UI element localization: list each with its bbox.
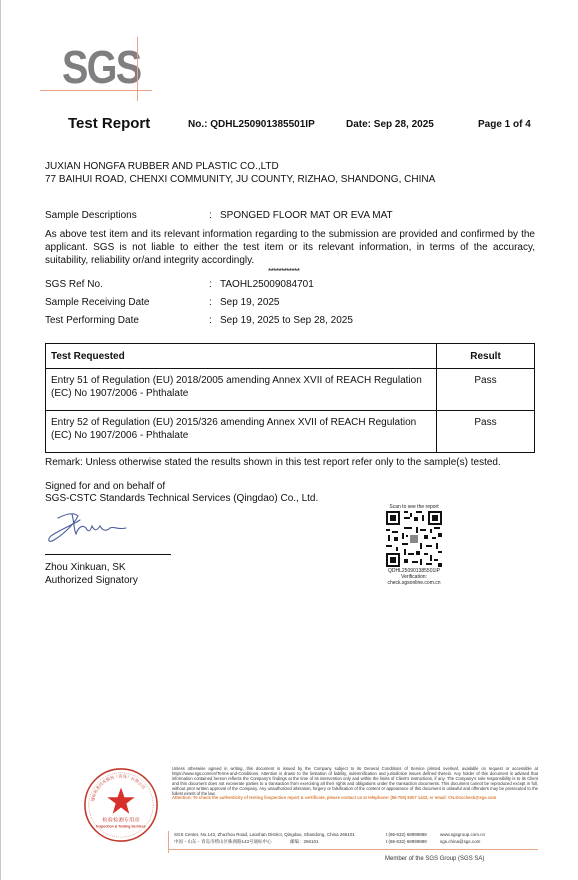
report-number: No.: QDHL250901385501IP <box>188 119 315 130</box>
report-date: Date: Sep 28, 2025 <box>346 119 434 130</box>
footer-horizontal-rule <box>168 849 538 850</box>
signature-image <box>44 508 134 548</box>
signatory-name: Zhou Xinkuan, SK <box>45 561 126 574</box>
test-requested-cell: Entry 52 of Regulation (EU) 2015/326 ame… <box>46 411 437 453</box>
header-result: Result <box>437 344 535 369</box>
report-title: Test Report <box>68 115 150 132</box>
logo-text: SGS <box>62 42 140 92</box>
table-row: Entry 52 of Regulation (EU) 2015/326 ame… <box>46 411 535 453</box>
footer-address-cn: 中国・山东・青岛市崂山区株洲路143号通标中心 <box>174 839 272 845</box>
stamp-center-cn: 检验检测专用章 <box>102 816 140 824</box>
signatory-role: Authorized Signatory <box>45 574 138 587</box>
legal-disclaimer: Unless otherwise agreed in writing, this… <box>172 767 538 801</box>
applicant-name: JUXIAN HONGFA RUBBER AND PLASTIC CO.,LTD <box>45 160 279 173</box>
sgs-ref-colon: : <box>209 278 212 291</box>
logo-vertical-rule <box>137 37 138 101</box>
footer-postcode-cn: 邮编：266101 <box>290 839 319 845</box>
footer-phone-2: t (86-532) 68999888 <box>386 839 427 845</box>
page-edge <box>0 0 1 880</box>
receiving-date-colon: : <box>209 296 212 309</box>
footer-address-en: SGS Center, No.143, Zhuzhou Road, Laosha… <box>174 832 355 838</box>
performing-date-colon: : <box>209 314 212 327</box>
table-header-row: Test Requested Result <box>46 344 535 369</box>
company-seal-stamp: 检验检测专用章 Inspection & Testing Services 通标… <box>82 766 160 844</box>
footer-email[interactable]: sgs.china@sgs.com <box>440 839 480 845</box>
receiving-date-label: Sample Receiving Date <box>45 296 150 309</box>
page-footer: 检验检测专用章 Inspection & Testing Services 通标… <box>40 758 540 868</box>
result-cell: Pass <box>437 369 535 411</box>
table-row: Entry 51 of Regulation (EU) 2018/2005 am… <box>46 369 535 411</box>
stamp-center-en: Inspection & Testing Services <box>96 824 146 828</box>
sample-description-value: SPONGED FLOOR MAT OR EVA MAT <box>220 209 393 222</box>
applicant-address: 77 BAIHUI ROAD, CHENXI COMMUNITY, JU COU… <box>45 173 435 186</box>
sgs-logo: SGS <box>40 36 170 106</box>
performing-date-value: Sep 19, 2025 to Sep 28, 2025 <box>220 314 353 327</box>
legal-text: Unless otherwise agreed in writing, this… <box>172 766 538 796</box>
result-cell: Pass <box>437 411 535 453</box>
qr-caption: Scan to see the report <box>382 504 446 510</box>
sample-description-label: Sample Descriptions <box>45 209 137 222</box>
authenticity-attention[interactable]: Attention: To check the authenticity of … <box>172 795 496 800</box>
disclaimer-paragraph: As above test item and its relevant info… <box>45 228 535 267</box>
signature-line <box>45 554 171 555</box>
performing-date-label: Test Performing Date <box>45 314 139 327</box>
sgs-group-membership: Member of the SGS Group (SGS SA) <box>385 856 484 862</box>
qr-verification-url[interactable]: check.sgsonline.com.cn <box>382 580 446 586</box>
separator-stars: ************ <box>268 265 299 278</box>
sample-description-colon: : <box>209 209 212 222</box>
logo-horizontal-rule <box>40 90 152 91</box>
signing-company: SGS-CSTC Standards Technical Services (Q… <box>45 492 318 505</box>
receiving-date-value: Sep 19, 2025 <box>220 296 280 309</box>
footer-website[interactable]: www.sgsgroup.com.cn <box>440 832 485 838</box>
header-test-requested: Test Requested <box>46 344 437 369</box>
remark-text: Remark: Unless otherwise stated the resu… <box>45 456 501 469</box>
qr-code-icon[interactable] <box>386 511 442 567</box>
sgs-ref-value: TAOHL25009084701 <box>220 278 314 291</box>
page-indicator: Page 1 of 4 <box>478 119 531 130</box>
test-results-table: Test Requested Result Entry 51 of Regula… <box>45 343 535 453</box>
test-requested-cell: Entry 51 of Regulation (EU) 2018/2005 am… <box>46 369 437 411</box>
footer-phone-1: t (86-532) 68999888 <box>386 832 427 838</box>
verification-qr-block: Scan to see the report QDHL250901385501I… <box>382 504 446 586</box>
sgs-ref-label: SGS Ref No. <box>45 278 103 291</box>
